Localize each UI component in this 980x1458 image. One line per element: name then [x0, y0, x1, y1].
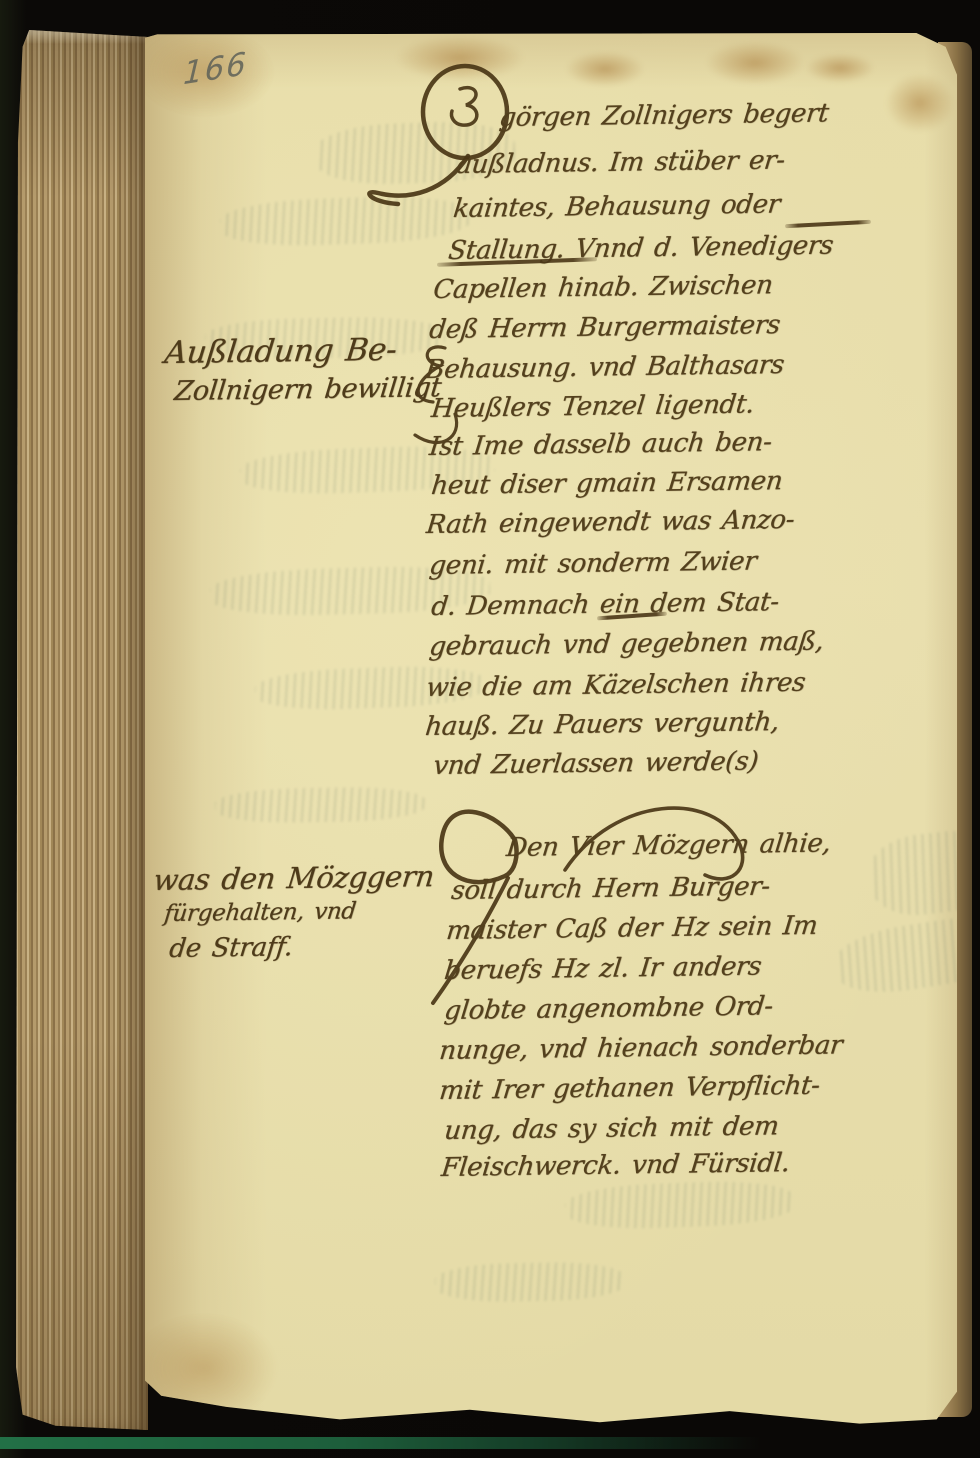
text-line: globte angenombne Ord-	[443, 993, 774, 1024]
bleed-through-text	[219, 194, 470, 249]
bleed-through-text	[215, 786, 426, 824]
text-line: nunge, vnd hienach sonderbar	[438, 1032, 844, 1064]
text-line: außladnus. Im stüber er-	[455, 147, 786, 178]
margin-note-line: was den Mözggern	[152, 862, 435, 895]
text-line: mit Irer gethanen Verpflicht-	[438, 1073, 821, 1104]
text-line: heut diser gmain Ersamen	[430, 468, 784, 499]
text-line: Ist Ime dasselb auch ben-	[428, 429, 773, 460]
margin-note-line: Zollnigern bewilligt	[173, 374, 442, 405]
text-line: kaintes, Behausung oder	[452, 191, 781, 222]
bleed-through-text	[564, 1179, 795, 1231]
book-fore-edge	[16, 30, 148, 1430]
text-line: gebrauch vnd gegebnen maß,	[428, 628, 825, 660]
text-line: hauß. Zu Pauers vergunth,	[424, 709, 780, 740]
text-line: ung, das sy sich mit dem	[443, 1113, 780, 1144]
text-line: maister Caß der Hz sein Im	[445, 913, 819, 944]
manuscript-page: 166 Außladung Be- Zollnigern bewilligt	[145, 33, 957, 1425]
foxing-stain	[805, 53, 875, 83]
manuscript-photo: 166 Außladung Be- Zollnigern bewilligt	[0, 0, 980, 1458]
text-line: soll durch Hern Burger-	[450, 874, 771, 904]
text-line: Rath eingewendt was Anzo-	[425, 507, 796, 538]
text-line: Behausung. vnd Balthasars	[424, 352, 785, 383]
text-line: beruefs Hz zl. Ir anders	[443, 954, 763, 984]
text-line: Fleischwerck. vnd Fürsidl.	[440, 1150, 791, 1181]
margin-note-line: fürgehalten, vnd	[163, 900, 357, 926]
foxing-stain	[885, 73, 955, 133]
margin-note-line: de Straff.	[168, 934, 294, 962]
margin-note-line: Außladung Be-	[163, 335, 398, 369]
table-cloth-strip	[0, 1437, 760, 1449]
strikethrough-mark	[785, 220, 871, 228]
text-line: wie die am Käzelschen ihres	[425, 670, 807, 701]
text-line: vnd Zuerlassen werde(s)	[432, 748, 760, 779]
foxing-stain	[395, 35, 525, 81]
text-line: geni. mit sonderm Zwier	[428, 548, 758, 579]
foxing-stain	[129, 1313, 279, 1423]
foxing-stain	[565, 51, 645, 87]
text-line: Capellen hinab. Zwischen	[432, 272, 774, 303]
text-line: deß Herrn Burgermaisters	[428, 312, 781, 343]
foxing-stain	[705, 41, 805, 85]
text-line: görgen Zollnigers begert	[498, 100, 830, 131]
text-line: Stallung. Vnnd d. Venedigers	[447, 233, 834, 264]
bleed-through-text	[435, 1261, 626, 1302]
text-line: Heußlers Tenzel ligendt.	[430, 391, 755, 422]
text-line: Den Vier Mözgern alhie,	[505, 830, 832, 861]
